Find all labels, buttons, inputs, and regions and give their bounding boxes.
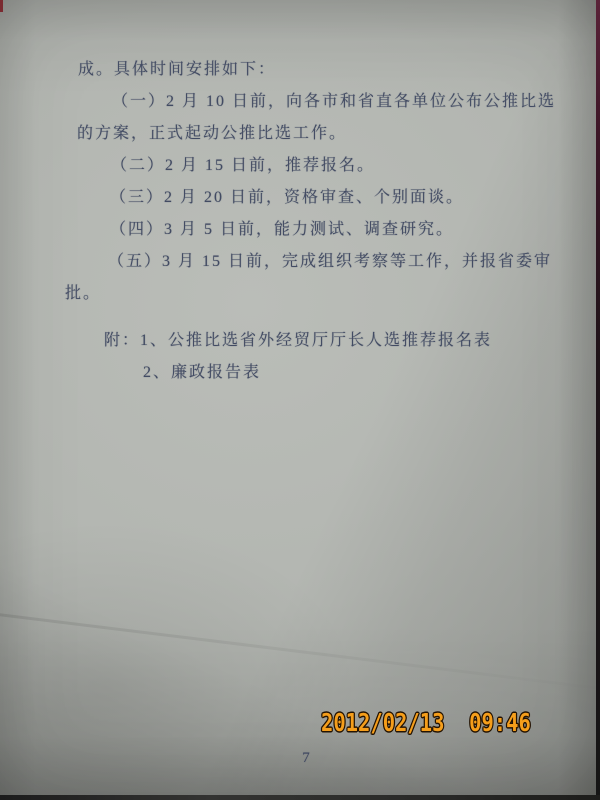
page-number: 7: [294, 750, 318, 767]
photographed-document-page: 成。具体时间安排如下： （一）2 月 10 日前，向各市和省直各单位公布公推比选…: [0, 0, 600, 800]
paper-crease: [0, 609, 600, 705]
doc-line: 成。具体时间安排如下：: [78, 54, 600, 86]
doc-line: （二）2 月 15 日前，推荐报名。: [111, 150, 600, 182]
document-body: 成。具体时间安排如下： （一）2 月 10 日前，向各市和省直各单位公布公推比选…: [0, 54, 600, 389]
attachment-line: 附：1、公推比选省外经贸厅厅长人选推荐报名表: [104, 325, 600, 357]
photo-bottom-edge: [0, 795, 600, 800]
attachment-line: 2、廉政报告表: [143, 357, 600, 389]
doc-line: 批。: [65, 278, 600, 310]
doc-line: （一）2 月 10 日前，向各市和省直各单位公布公推比选: [112, 86, 600, 118]
camera-timestamp: 2012/02/13 09:46: [321, 708, 531, 737]
doc-line: （五）3 月 15 日前，完成组织考察等工作，并报省委审: [108, 246, 600, 278]
doc-line: （三）2 月 20 日前，资格审查、个别面谈。: [110, 182, 600, 214]
photo-corner-mark: [0, 0, 3, 12]
doc-line: （四）3 月 5 日前，能力测试、调查研究。: [110, 214, 600, 246]
doc-line: 的方案，正式起动公推比选工作。: [77, 118, 600, 150]
